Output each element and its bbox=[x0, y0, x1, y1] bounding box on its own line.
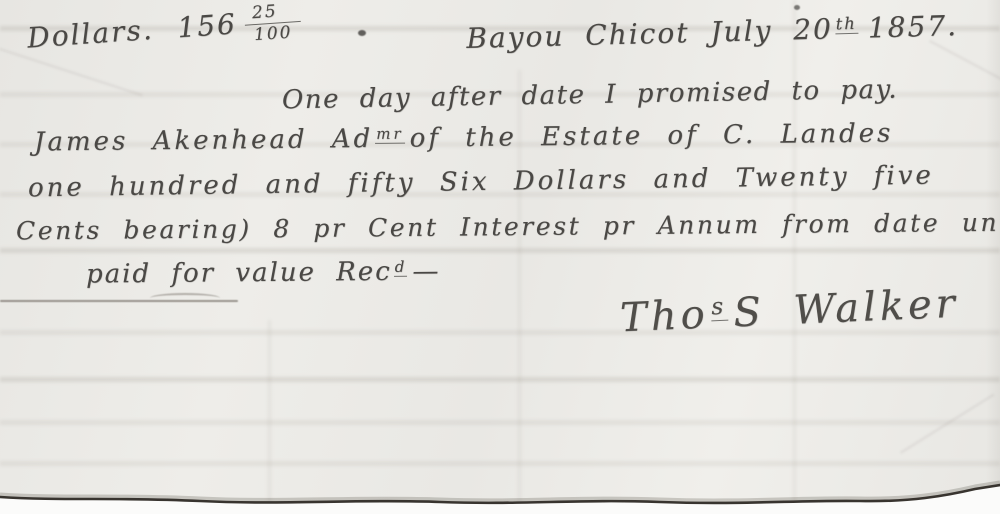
crease-line bbox=[0, 420, 1000, 425]
year: 1857. bbox=[867, 9, 958, 44]
body-line-5-superscript: d bbox=[394, 257, 408, 276]
crease-line bbox=[929, 40, 1000, 84]
place-and-date: Bayou Chicot July 20 bbox=[466, 12, 833, 55]
ink-blot bbox=[358, 30, 366, 36]
ink-blot bbox=[794, 5, 800, 10]
body-line-2-superscript: mr bbox=[375, 124, 405, 143]
crease-line bbox=[0, 377, 1000, 382]
date-ordinal-suffix: th bbox=[834, 14, 858, 35]
amount-fraction: 25100 bbox=[243, 1, 301, 45]
signature-start: Tho bbox=[619, 292, 709, 342]
torn-edge bbox=[0, 474, 1000, 514]
body-line-2: James Akenhead Admrof the Estate of C. L… bbox=[34, 119, 894, 158]
signature-superscript: s bbox=[710, 293, 729, 322]
paper: Dollars. 15625100 Bayou Chicot July 20th… bbox=[0, 0, 1000, 506]
document-scan: Dollars. 15625100 Bayou Chicot July 20th… bbox=[0, 0, 1000, 514]
body-line-5-start: paid for value Rec bbox=[86, 257, 392, 290]
body-line-4: Cents bearing) 8 pr Cent Interest pr Ann… bbox=[16, 208, 1000, 246]
amount-value: 156 bbox=[176, 7, 238, 44]
crease-line bbox=[0, 248, 1000, 253]
body-line-5: paid for value Recd— bbox=[86, 256, 441, 289]
fraction-denominator: 100 bbox=[245, 22, 302, 46]
body-line-2-start: James Akenhead Ad bbox=[34, 124, 373, 158]
tear-crease bbox=[150, 293, 220, 303]
amount-label: Dollars. bbox=[26, 13, 155, 55]
dateline: Bayou Chicot July 20th1857. bbox=[466, 9, 958, 55]
body-line-1: One day after date I promised to pay. bbox=[282, 75, 899, 116]
crease-line bbox=[0, 461, 1000, 466]
body-line-2-end: of the Estate of C. Landes bbox=[410, 119, 894, 154]
amount-line: Dollars. 15625100 bbox=[26, 1, 302, 60]
signature-end: S Walker bbox=[732, 281, 959, 337]
body-line-5-end: — bbox=[412, 256, 440, 286]
